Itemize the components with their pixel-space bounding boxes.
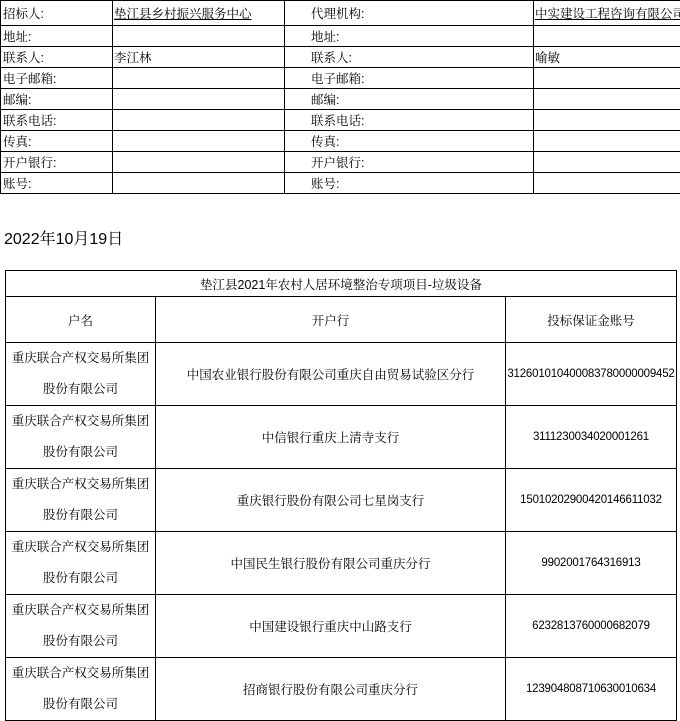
field-value-postcode bbox=[534, 89, 680, 110]
field-value-address bbox=[534, 26, 680, 47]
bank-cell: 中国农业银行股份有限公司重庆自由贸易试验区分行 bbox=[156, 343, 506, 406]
field-value-address bbox=[113, 26, 285, 47]
table-row: 重庆联合产权交易所集团股份有限公司 中信银行重庆上清寺支行 3111230034… bbox=[6, 406, 677, 469]
field-value-fax bbox=[113, 131, 285, 152]
bank-cell: 招商银行股份有限公司重庆分行 bbox=[156, 658, 506, 721]
account-number-cell: 6232813760000682079 bbox=[506, 595, 677, 658]
field-value-phone bbox=[534, 110, 680, 131]
field-value-tenderer: 垫江县乡村振兴服务中心 bbox=[113, 1, 285, 26]
table-row: 邮编: 邮编: bbox=[1, 89, 680, 110]
field-label-bank: 开户银行: bbox=[285, 152, 534, 173]
column-header-bond-account-number: 投标保证金账号 bbox=[506, 297, 677, 343]
account-name-cell: 重庆联合产权交易所集团股份有限公司 bbox=[6, 658, 156, 721]
table-row: 重庆联合产权交易所集团股份有限公司 中国农业银行股份有限公司重庆自由贸易试验区分… bbox=[6, 343, 677, 406]
table-row: 账号: 账号: bbox=[1, 173, 680, 194]
field-value-email bbox=[113, 68, 285, 89]
bank-cell: 重庆银行股份有限公司七星岗支行 bbox=[156, 469, 506, 532]
table-row: 垫江县2021年农村人居环境整治专项项目-垃圾设备 bbox=[6, 271, 677, 297]
field-value-contact-person: 喻敏 bbox=[534, 47, 680, 68]
field-value-bank bbox=[113, 152, 285, 173]
field-label-phone: 联系电话: bbox=[285, 110, 534, 131]
table-row: 开户银行: 开户银行: bbox=[1, 152, 680, 173]
field-label-fax: 传真: bbox=[285, 131, 534, 152]
bank-cell: 中国民生银行股份有限公司重庆分行 bbox=[156, 532, 506, 595]
field-label-email: 电子邮箱: bbox=[285, 68, 534, 89]
table-row: 联系人: 李江林 联系人: 喻敏 bbox=[1, 47, 680, 68]
field-value-account-number bbox=[534, 173, 680, 194]
table-row: 重庆联合产权交易所集团股份有限公司 招商银行股份有限公司重庆分行 1239048… bbox=[6, 658, 677, 721]
account-number-cell: 9902001764316913 bbox=[506, 532, 677, 595]
account-number-cell: 3111230034020001261 bbox=[506, 406, 677, 469]
account-name-cell: 重庆联合产权交易所集团股份有限公司 bbox=[6, 532, 156, 595]
field-label-postcode: 邮编: bbox=[1, 89, 113, 110]
field-value-postcode bbox=[113, 89, 285, 110]
date-text: 2022年10月19日 bbox=[4, 230, 680, 249]
column-header-bank: 开户行 bbox=[156, 297, 506, 343]
account-name-cell: 重庆联合产权交易所集团股份有限公司 bbox=[6, 406, 156, 469]
account-name-cell: 重庆联合产权交易所集团股份有限公司 bbox=[6, 343, 156, 406]
account-number-cell: 312601010400083780000009452 bbox=[506, 343, 677, 406]
field-label-contact-person: 联系人: bbox=[1, 47, 113, 68]
field-label-fax: 传真: bbox=[1, 131, 113, 152]
field-value-fax bbox=[534, 131, 680, 152]
table-row: 联系电话: 联系电话: bbox=[1, 110, 680, 131]
table-row: 户名 开户行 投标保证金账号 bbox=[6, 297, 677, 343]
field-label-postcode: 邮编: bbox=[285, 89, 534, 110]
field-label-agency: 代理机构: bbox=[285, 1, 534, 26]
column-header-account-name: 户名 bbox=[6, 297, 156, 343]
field-value-bank bbox=[534, 152, 680, 173]
table-row: 传真: 传真: bbox=[1, 131, 680, 152]
field-label-phone: 联系电话: bbox=[1, 110, 113, 131]
bank-cell: 中信银行重庆上清寺支行 bbox=[156, 406, 506, 469]
account-name-cell: 重庆联合产权交易所集团股份有限公司 bbox=[6, 595, 156, 658]
table-row: 招标人: 垫江县乡村振兴服务中心 代理机构: 中实建设工程咨询有限公司 bbox=[1, 1, 680, 26]
bank-cell: 中国建设银行重庆中山路支行 bbox=[156, 595, 506, 658]
account-number-cell: 15010202900420146611032 bbox=[506, 469, 677, 532]
field-label-bank: 开户银行: bbox=[1, 152, 113, 173]
field-label-email: 电子邮箱: bbox=[1, 68, 113, 89]
field-label-tenderer: 招标人: bbox=[1, 1, 113, 26]
account-number-cell: 123904808710630010634 bbox=[506, 658, 677, 721]
table-row: 重庆联合产权交易所集团股份有限公司 中国建设银行重庆中山路支行 62328137… bbox=[6, 595, 677, 658]
field-value-contact-person: 李江林 bbox=[113, 47, 285, 68]
field-value-email bbox=[534, 68, 680, 89]
field-value-agency: 中实建设工程咨询有限公司 bbox=[534, 1, 680, 26]
table-row: 地址: 地址: bbox=[1, 26, 680, 47]
field-label-address: 地址: bbox=[1, 26, 113, 47]
table-title: 垫江县2021年农村人居环境整治专项项目-垃圾设备 bbox=[6, 271, 677, 297]
table-row: 重庆联合产权交易所集团股份有限公司 重庆银行股份有限公司七星岗支行 150102… bbox=[6, 469, 677, 532]
field-label-account-number: 账号: bbox=[1, 173, 113, 194]
field-label-contact-person: 联系人: bbox=[285, 47, 534, 68]
bid-bond-account-table: 垫江县2021年农村人居环境整治专项项目-垃圾设备 户名 开户行 投标保证金账号… bbox=[5, 270, 677, 721]
field-label-account-number: 账号: bbox=[285, 173, 534, 194]
table-row: 电子邮箱: 电子邮箱: bbox=[1, 68, 680, 89]
table-row: 重庆联合产权交易所集团股份有限公司 中国民生银行股份有限公司重庆分行 99020… bbox=[6, 532, 677, 595]
field-label-address: 地址: bbox=[285, 26, 534, 47]
account-name-cell: 重庆联合产权交易所集团股份有限公司 bbox=[6, 469, 156, 532]
field-value-account-number bbox=[113, 173, 285, 194]
field-value-phone bbox=[113, 110, 285, 131]
contact-info-table: 招标人: 垫江县乡村振兴服务中心 代理机构: 中实建设工程咨询有限公司 地址: … bbox=[0, 0, 680, 194]
